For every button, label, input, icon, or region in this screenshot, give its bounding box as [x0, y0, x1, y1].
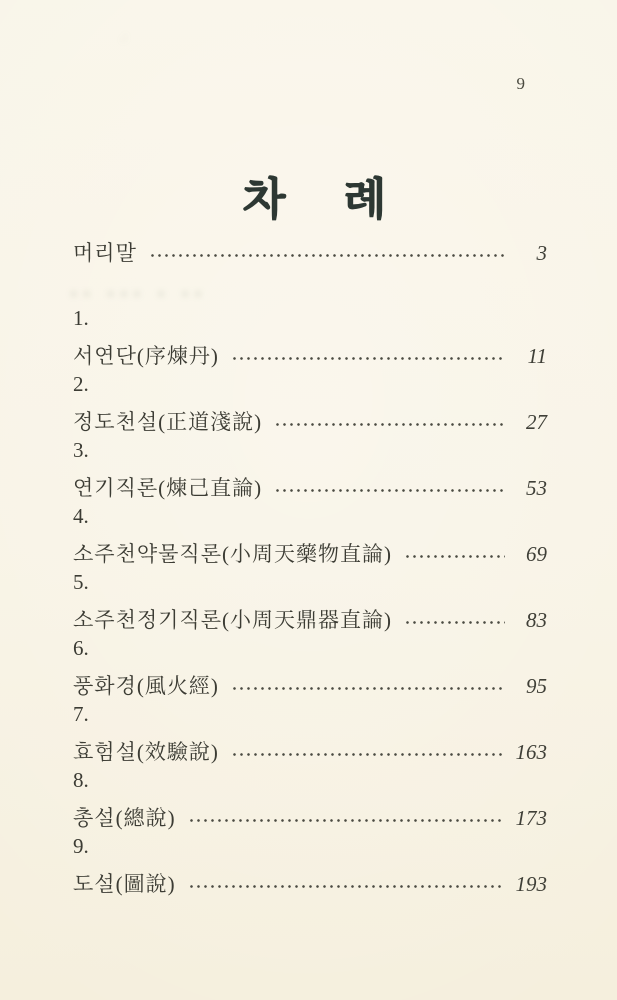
toc-entry-row: 소주천약물직론(小周天藥物直論) 69 — [73, 541, 547, 568]
toc-entry-number: 3. — [73, 437, 547, 463]
dot-leader — [231, 354, 505, 363]
page-title: 차 례 — [0, 163, 617, 227]
bleed-through-smudge: .: — [120, 30, 127, 46]
toc-entry-row: 서연단(序煉丹) 11 — [73, 343, 547, 370]
dot-leader — [231, 684, 505, 693]
toc-entry-page: 53 — [513, 475, 547, 502]
toc-entry-row: 도설(圖說) 193 — [73, 871, 547, 898]
toc-entry: 7. 효험설(效驗說) 163 — [73, 701, 547, 766]
toc-entry-number: 2. — [73, 371, 547, 397]
toc-entry-row: 소주천정기직론(小周天鼎器直論) 83 — [73, 607, 547, 634]
dot-leader — [404, 618, 505, 627]
toc-entry-label: 소주천약물직론(小周天藥物直論) — [73, 541, 392, 568]
toc-entry-label: 정도천설(正道淺說) — [73, 409, 262, 436]
toc-entry-label: 머리말 — [73, 240, 137, 267]
toc-entry-label: 총설(總說) — [73, 805, 176, 832]
dot-leader — [274, 420, 505, 429]
toc-entry-row: 연기직론(煉己直論) 53 — [73, 475, 547, 502]
toc-entry-row: 효험설(效驗說) 163 — [73, 739, 547, 766]
toc-entry-preface: 머리말 3 — [73, 240, 547, 267]
toc-entry-page: 27 — [513, 409, 547, 436]
toc-entry-number: 5. — [73, 569, 547, 595]
page-number-folio: 9 — [517, 74, 526, 94]
dot-leader — [149, 251, 505, 260]
toc-entry-number: 6. — [73, 635, 547, 661]
toc-entry: 1. 서연단(序煉丹) 11 — [73, 305, 547, 370]
toc-entry: 2. 정도천설(正道淺說) 27 — [73, 371, 547, 436]
toc-entry-number: 9. — [73, 833, 547, 859]
toc-entry-page: 11 — [513, 343, 547, 370]
toc-entry-number: 4. — [73, 503, 547, 529]
toc-entry-page: 69 — [513, 541, 547, 568]
dot-leader — [274, 486, 505, 495]
toc-entry-label: 연기직론(煉己直論) — [73, 475, 262, 502]
toc-entry-page: 173 — [513, 805, 547, 832]
toc-entry: 9. 도설(圖說) 193 — [73, 833, 547, 898]
toc-entry: 5. 소주천정기직론(小周天鼎器直論) 83 — [73, 569, 547, 634]
toc-entry-label: 소주천정기직론(小周天鼎器直論) — [73, 607, 392, 634]
dot-leader — [231, 750, 505, 759]
toc-entry: 6. 풍화경(風火經) 95 — [73, 635, 547, 700]
toc-entry-page: 163 — [513, 739, 547, 766]
toc-entry-row: 풍화경(風火經) 95 — [73, 673, 547, 700]
toc-entry-row: 총설(總說) 173 — [73, 805, 547, 832]
toc-entry-page: 193 — [513, 871, 547, 898]
toc-entry-label: 도설(圖說) — [73, 871, 176, 898]
toc-entry: 3. 연기직론(煉己直論) 53 — [73, 437, 547, 502]
dot-leader — [188, 816, 505, 825]
dot-leader — [188, 882, 505, 891]
toc-entry-number: 7. — [73, 701, 547, 727]
toc-entry: 8. 총설(總說) 173 — [73, 767, 547, 832]
dot-leader — [404, 552, 505, 561]
table-of-contents: 머리말 3 1. 서연단(序煉丹) 11 2. 정도천설(正道淺說) 27 3.… — [73, 240, 547, 899]
toc-entry-label: 풍화경(風火經) — [73, 673, 219, 700]
toc-entry-label: 서연단(序煉丹) — [73, 343, 219, 370]
toc-entry-page: 3 — [513, 240, 547, 267]
toc-entry-label: 효험설(效驗說) — [73, 739, 219, 766]
toc-entry-page: 95 — [513, 673, 547, 700]
toc-entry: 4. 소주천약물직론(小周天藥物直論) 69 — [73, 503, 547, 568]
book-page: .: 9 차 례 ▪▪ ▪▪▪ ▪ ▪▪ 머리말 3 1. 서연단(序煉丹) 1… — [0, 0, 617, 1000]
toc-entry-number: 1. — [73, 305, 547, 331]
toc-entry-row: 정도천설(正道淺說) 27 — [73, 409, 547, 436]
toc-entry-page: 83 — [513, 607, 547, 634]
toc-entry-number: 8. — [73, 767, 547, 793]
